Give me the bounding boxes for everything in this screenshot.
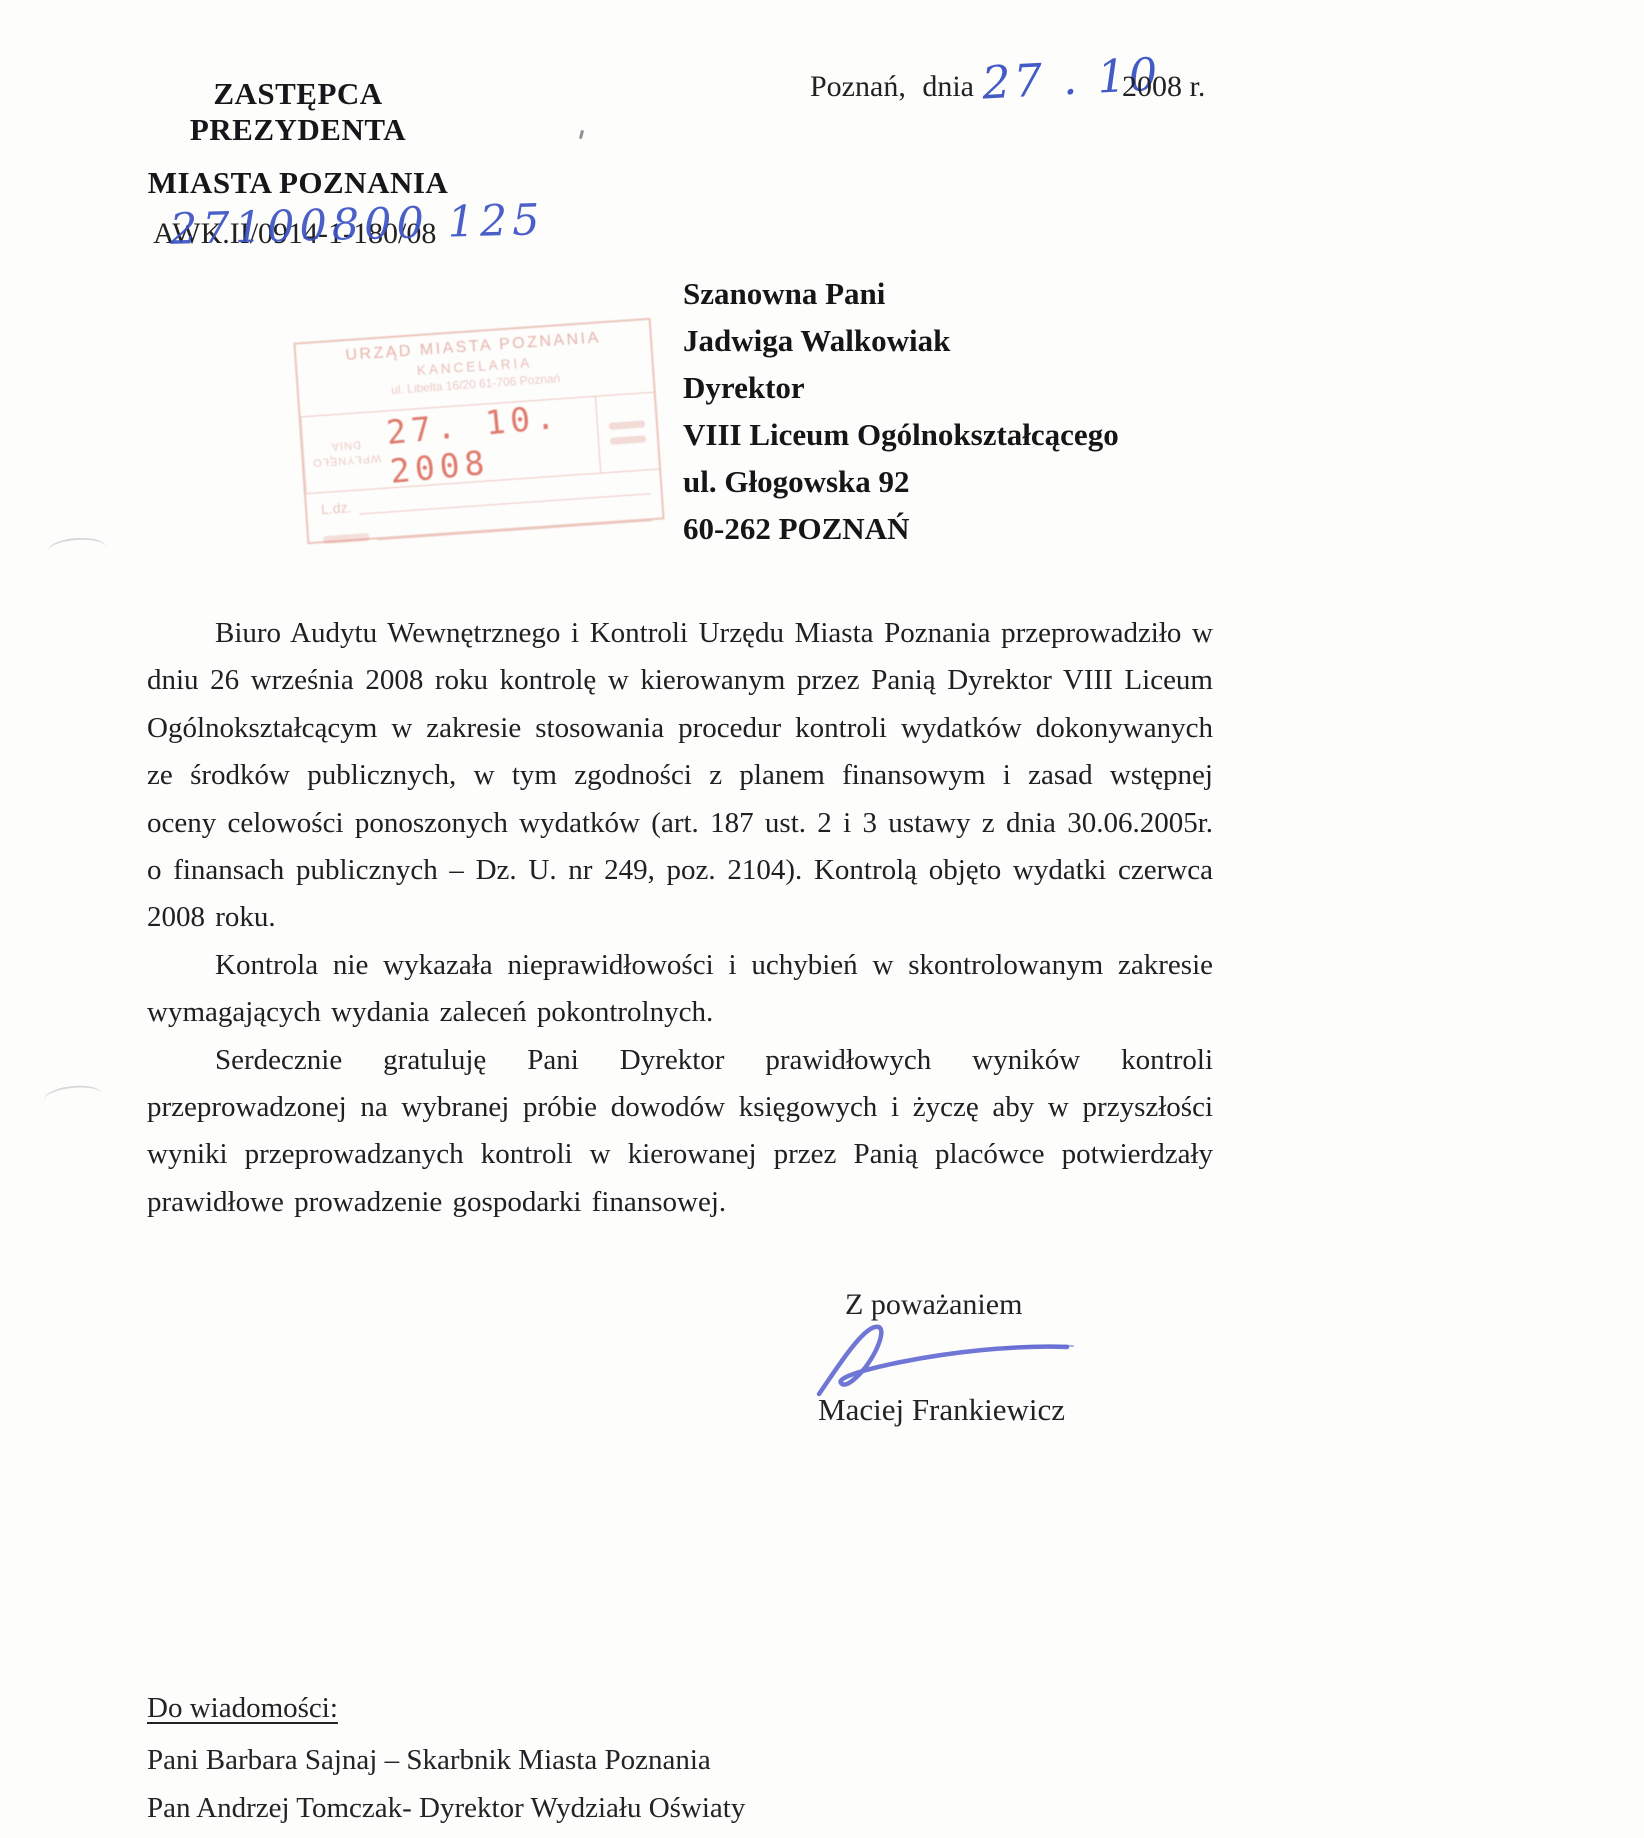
stamp-smudge <box>610 435 646 444</box>
dateline-prefix: Poznań, dnia <box>810 70 974 104</box>
cc-recipient-2: Pan Andrzej Tomczak- Dyrektor Wydziału O… <box>147 1792 745 1825</box>
stamp-date-cell: 27. 10. 2008 <box>385 397 600 487</box>
cc-label: Do wiadomości: <box>147 1692 338 1725</box>
letter-body: Biuro Audytu Wewnętrznego i Kontroli Urz… <box>147 610 1213 1226</box>
recipient-street: ul. Głogowska 92 <box>683 458 1119 505</box>
stamp-received-label: WPŁYNĘŁO DNIA <box>301 411 391 493</box>
dateline-year: 2008 r. <box>1122 70 1205 104</box>
scan-artifact-tick <box>579 130 584 139</box>
recipient-institution: VIII Liceum Ogólnokształcącego <box>683 411 1119 458</box>
signer-name: Maciej Frankiewicz <box>818 1392 1065 1428</box>
body-paragraph-3: Serdecznie gratuluję Pani Dyrektor prawi… <box>147 1037 1213 1227</box>
stamp-fill-line <box>376 508 652 540</box>
recipient-block: Szanowna Pani Jadwiga Walkowiak Dyrektor… <box>683 270 1119 552</box>
office-received-stamp: URZĄD MIASTA POZNANIA KANCELARIA ul. Lib… <box>293 318 664 544</box>
stamp-smudge <box>609 420 645 429</box>
document-page: ZASTĘPCA PREZYDENTA MIASTA POZNANIA AWK.… <box>0 0 1644 1838</box>
scan-artifact-arc <box>43 1083 103 1111</box>
stamp-ldz-label: L.dz. <box>321 499 352 517</box>
stamp-side-box <box>595 393 659 473</box>
handwritten-registry-number: 27100800 125 <box>169 195 545 255</box>
closing-salutation: Z poważaniem <box>845 1288 1022 1322</box>
letterhead-title-line2: MIASTA POZNANIA <box>123 165 473 201</box>
recipient-city: 60-262 POZNAŃ <box>683 505 1119 552</box>
recipient-name: Jadwiga Walkowiak <box>683 317 1119 364</box>
recipient-salutation: Szanowna Pani <box>683 270 1119 317</box>
body-paragraph-2: Kontrola nie wykazała nieprawidłowości i… <box>147 942 1213 1037</box>
scan-artifact-arc <box>47 536 106 562</box>
letterhead-title-line1: ZASTĘPCA PREZYDENTA <box>123 76 473 148</box>
stamp-smudge <box>323 533 369 544</box>
recipient-title: Dyrektor <box>683 364 1119 411</box>
body-paragraph-1: Biuro Audytu Wewnętrznego i Kontroli Urz… <box>147 610 1213 942</box>
cc-recipient-1: Pani Barbara Sajnaj – Skarbnik Miasta Po… <box>147 1744 711 1777</box>
